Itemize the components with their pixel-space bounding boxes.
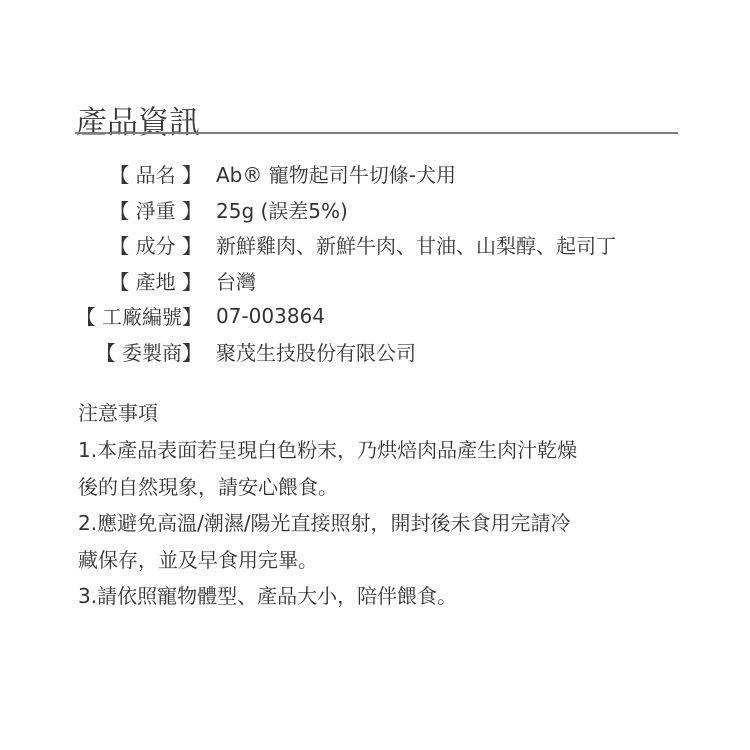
spec-label: 【 產地 】 bbox=[60, 266, 216, 295]
spec-value: 25g (誤差5%) bbox=[216, 195, 348, 224]
product-spec-table: 【 品名 】 Ab® 寵物起司牛切條-犬用 【 淨重 】 25g (誤差5%) … bbox=[60, 156, 700, 369]
spec-row-factory-number: 【 工廠編號】 07-003864 bbox=[60, 298, 700, 334]
spec-row-name: 【 品名 】 Ab® 寵物起司牛切條-犬用 bbox=[60, 156, 700, 192]
spec-label: 【 淨重 】 bbox=[60, 195, 216, 224]
spec-label: 【 品名 】 bbox=[60, 159, 216, 188]
note-line: 1.本產品表面若呈現白色粉末，乃烘焙肉品產生肉汁乾燥 bbox=[102, 432, 698, 469]
spec-row-ingredients: 【 成分 】 新鮮雞肉、新鮮牛肉、甘油、山梨醇、起司丁 bbox=[60, 227, 700, 263]
note-line: 2.應避免高溫/潮濕/陽光直接照射，開封後未食用完請冷 bbox=[102, 505, 698, 542]
section-title: 產品資訊 bbox=[76, 103, 200, 143]
spec-value: 聚茂生技股份有限公司 bbox=[216, 337, 416, 366]
spec-value: Ab® 寵物起司牛切條-犬用 bbox=[216, 159, 456, 188]
spec-value: 台灣 bbox=[216, 266, 256, 295]
notes-section: 注意事項 1.本產品表面若呈現白色粉末，乃烘焙肉品產生肉汁乾燥 後的自然現象，請… bbox=[78, 396, 698, 615]
spec-label: 【 工廠編號】 bbox=[60, 301, 216, 330]
spec-label: 【 委製商】 bbox=[60, 337, 216, 366]
note-line-continued: 後的自然現象，請安心餵食。 bbox=[102, 469, 698, 506]
note-line-continued: 藏保存，並及早食用完畢。 bbox=[102, 542, 698, 579]
spec-label: 【 成分 】 bbox=[60, 230, 216, 259]
note-item-1: 1.本產品表面若呈現白色粉末，乃烘焙肉品產生肉汁乾燥 後的自然現象，請安心餵食。 bbox=[78, 432, 698, 505]
note-item-3: 3.請依照寵物體型、產品大小，陪伴餵食。 bbox=[78, 578, 698, 615]
spec-row-origin: 【 產地 】 台灣 bbox=[60, 263, 700, 299]
note-item-2: 2.應避免高溫/潮濕/陽光直接照射，開封後未食用完請冷 藏保存，並及早食用完畢。 bbox=[78, 505, 698, 578]
title-divider bbox=[75, 132, 678, 134]
spec-row-net-weight: 【 淨重 】 25g (誤差5%) bbox=[60, 192, 700, 228]
note-line: 3.請依照寵物體型、產品大小，陪伴餵食。 bbox=[102, 578, 698, 615]
notes-title: 注意事項 bbox=[78, 396, 698, 430]
spec-value: 07-003864 bbox=[216, 304, 325, 328]
spec-value: 新鮮雞肉、新鮮牛肉、甘油、山梨醇、起司丁 bbox=[216, 230, 616, 259]
spec-row-manufacturer: 【 委製商】 聚茂生技股份有限公司 bbox=[60, 334, 700, 370]
